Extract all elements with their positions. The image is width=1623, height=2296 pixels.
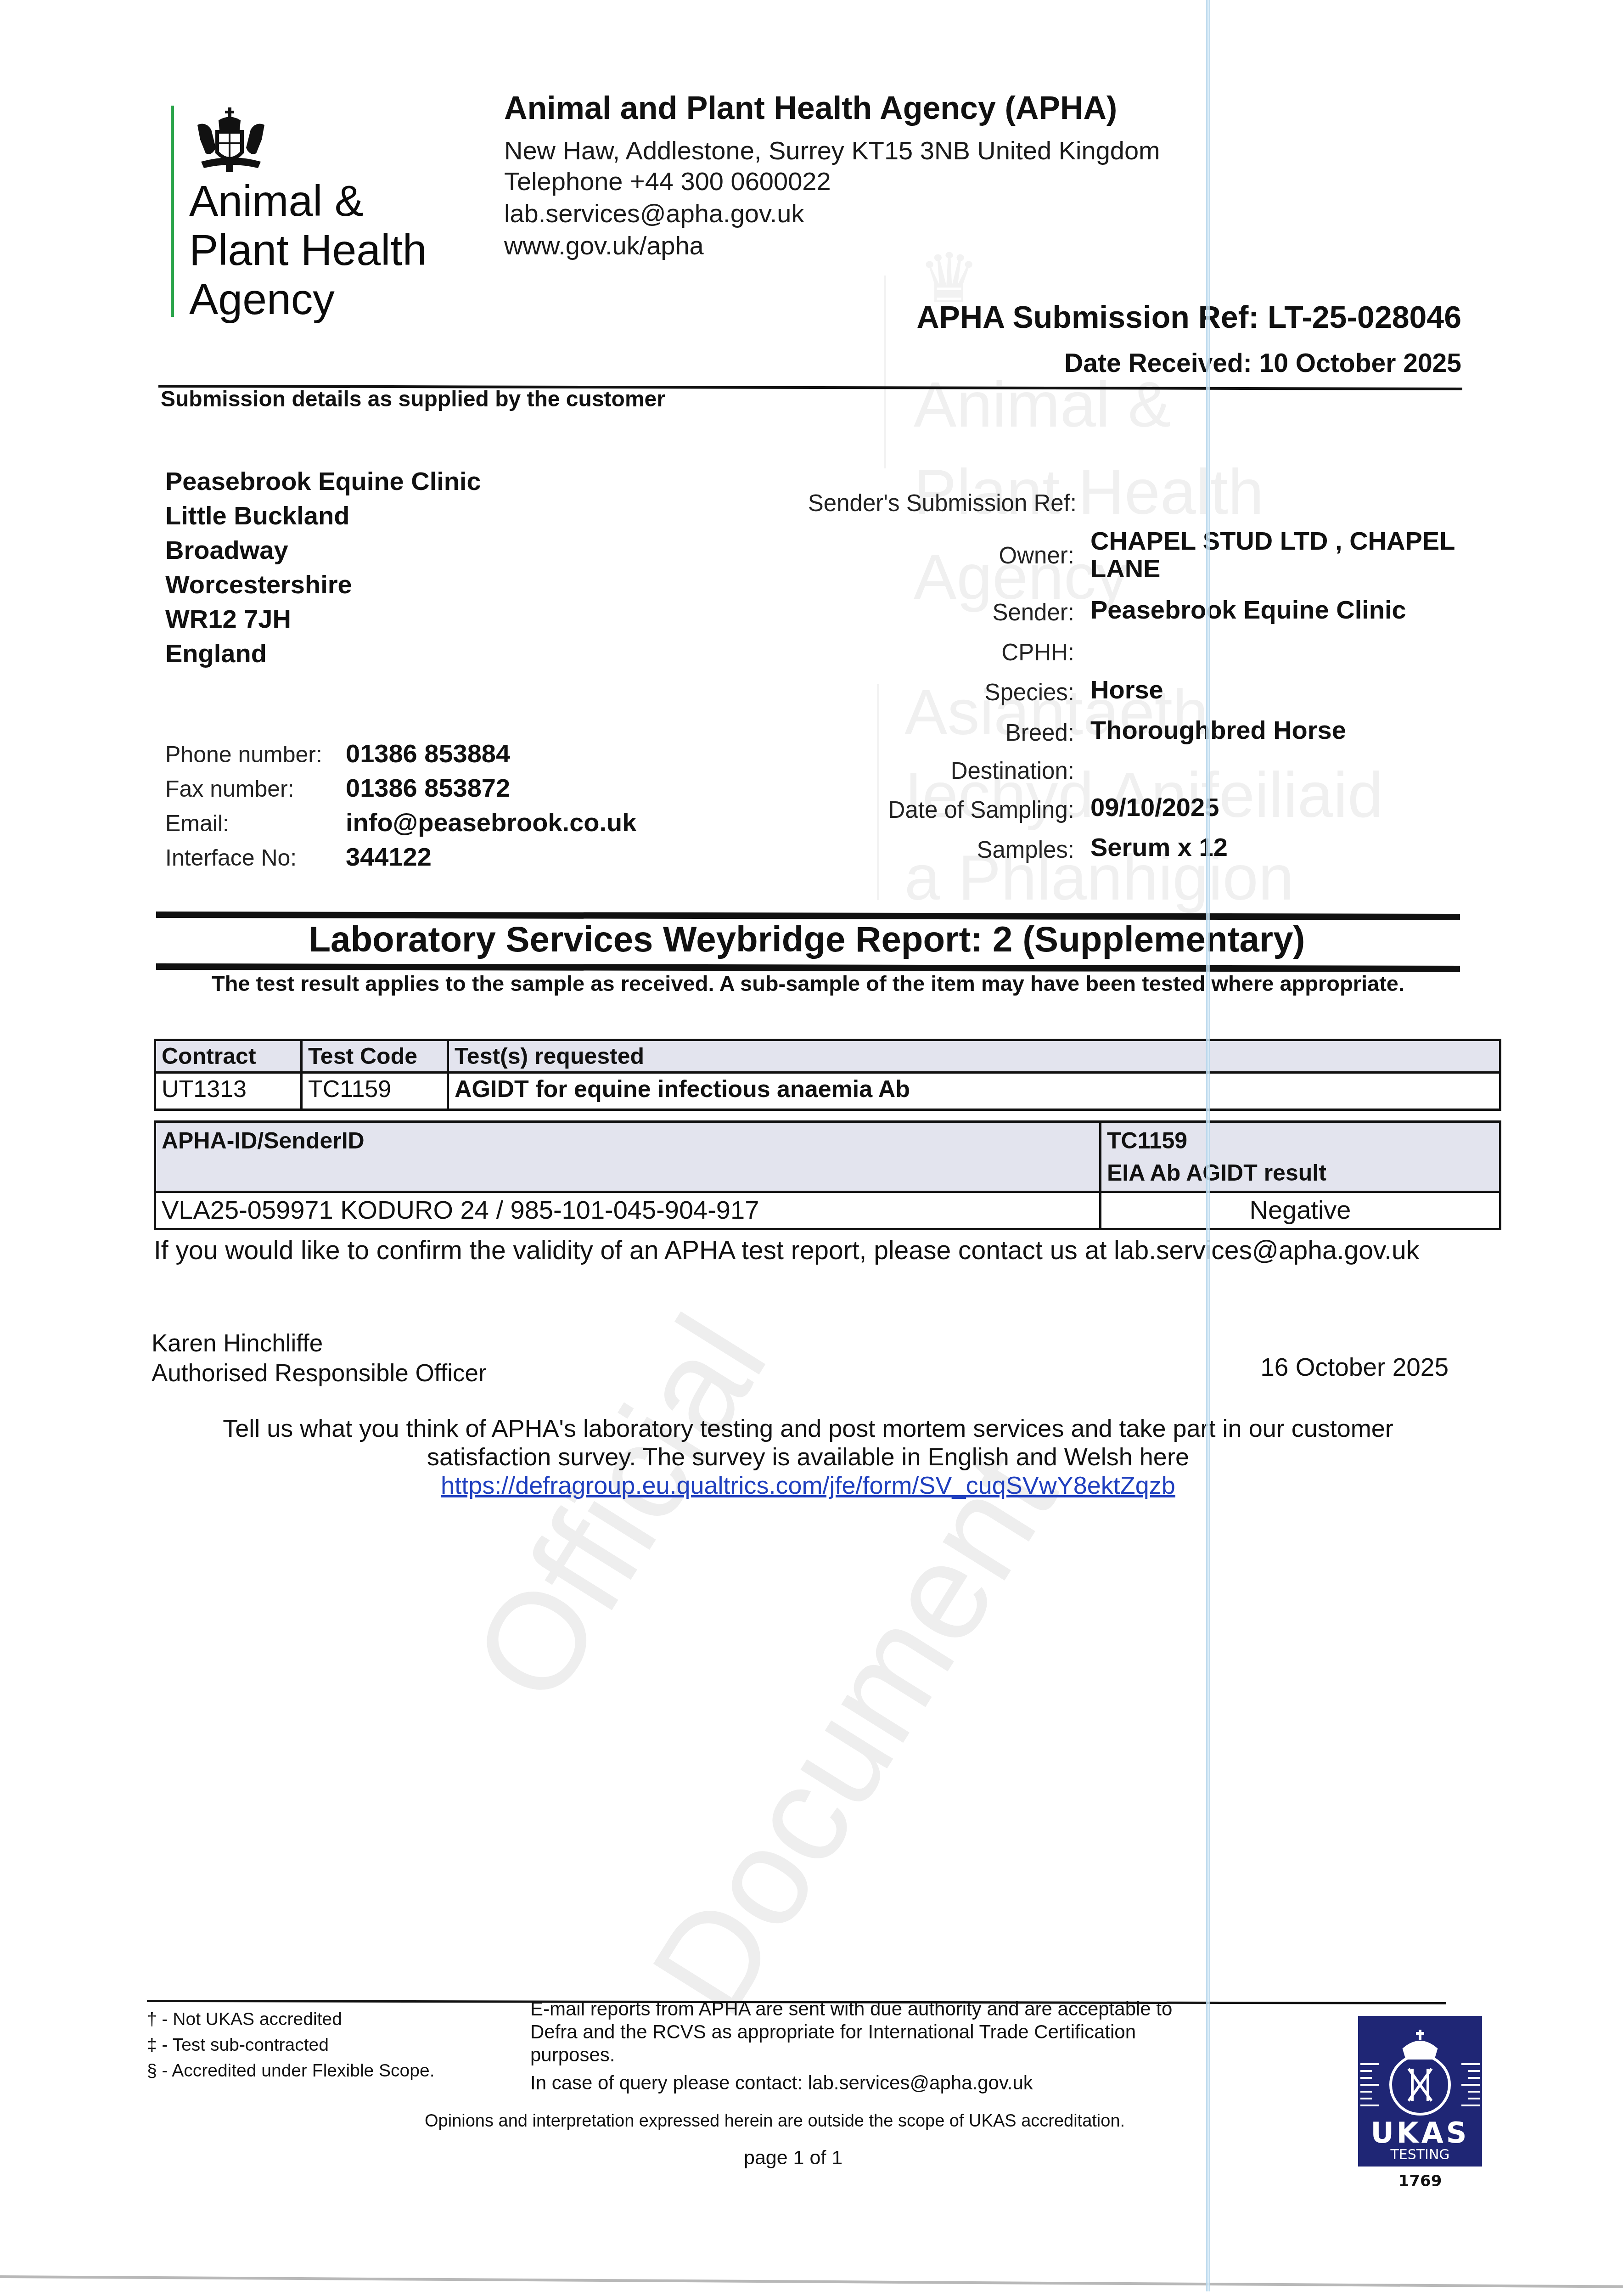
contact-label: Fax number: [165, 776, 340, 802]
address-line: Broadway [165, 533, 481, 567]
validity-note: If you would like to confirm the validit… [154, 1235, 1419, 1266]
logo-line: Animal & [189, 177, 427, 226]
detail-label: Sender: [992, 599, 1074, 626]
legend-not-accredited: † - Not UKAS accredited [147, 2007, 435, 2032]
detail-label: Species: [984, 679, 1074, 706]
survey-text: satisfaction survey. The survey is avail… [165, 1443, 1451, 1471]
logo-line: Plant Health [189, 226, 427, 275]
ukas-testing-logo: UKAS TESTING [1358, 2016, 1482, 2167]
contact-value: 344122 [346, 842, 432, 872]
org-telephone: Telephone +44 300 0600022 [504, 166, 831, 196]
signatory-name: Karen Hinchliffe [152, 1329, 323, 1357]
legend-flexible-scope: § - Accredited under Flexible Scope. [147, 2058, 435, 2084]
page-number: page 1 of 1 [744, 2147, 842, 2169]
address-line: Little Buckland [165, 498, 481, 533]
address-line: WR12 7JH [165, 602, 481, 636]
ukas-name: UKAS [1358, 2116, 1482, 2150]
customer-address: Peasebrook Equine Clinic Little Buckland… [165, 464, 481, 670]
column-header: APHA-ID/SenderID [155, 1122, 1101, 1192]
org-name: Animal and Plant Health Agency (APHA) [504, 90, 1117, 126]
column-header: Test Code [302, 1040, 448, 1073]
detail-label: Breed: [1005, 719, 1074, 746]
scan-artifact-line [1206, 0, 1210, 2291]
submission-ref: APHA Submission Ref: LT-25-028046 [916, 299, 1461, 335]
logo-accent-bar [171, 106, 174, 317]
address-line: England [165, 636, 481, 670]
result-cell: Negative [1101, 1192, 1500, 1229]
result-header: EIA Ab AGIDT result [1107, 1157, 1494, 1189]
sample-id-cell: VLA25-059971 KODURO 24 / 985-101-045-904… [155, 1192, 1101, 1229]
tests-requested-table: Contract Test Code Test(s) requested UT1… [154, 1039, 1501, 1111]
watermark-bar [884, 276, 886, 468]
table-row: VLA25-059971 KODURO 24 / 985-101-045-904… [155, 1192, 1500, 1229]
address-line: Worcestershire [165, 567, 481, 602]
submission-ref-value: LT-25-028046 [1268, 300, 1461, 335]
detail-label: Owner: [999, 542, 1074, 569]
results-table: APHA-ID/SenderID TC1159 EIA Ab AGIDT res… [154, 1120, 1501, 1230]
report-disclaimer: The test result applies to the sample as… [193, 970, 1423, 997]
column-header: TC1159 EIA Ab AGIDT result [1101, 1122, 1500, 1192]
contact-value: 01386 853872 [346, 773, 510, 803]
legend-sub-contracted: ‡ - Test sub-contracted [147, 2032, 435, 2058]
detail-label: CPHH: [1001, 639, 1074, 666]
survey-link[interactable]: https://defragroup.eu.qualtrics.com/jfe/… [441, 1472, 1175, 1499]
report-date: 16 October 2025 [1260, 1352, 1449, 1382]
contact-label: Email: [165, 810, 340, 837]
org-website[interactable]: www.gov.uk/apha [504, 231, 704, 260]
survey-block: Tell us what you think of APHA's laborat… [165, 1414, 1451, 1500]
detail-value: Horse [1090, 676, 1485, 703]
contract-cell: UT1313 [155, 1073, 302, 1110]
test-requested-cell: AGIDT for equine infectious anaemia Ab [448, 1073, 1500, 1110]
page-edge [0, 2275, 1623, 2288]
detail-value: CHAPEL STUD LTD , CHAPEL LANE [1090, 527, 1476, 582]
column-header: Contract [155, 1040, 302, 1073]
detail-label: Date of Sampling: [888, 796, 1074, 823]
footer-legend: † - Not UKAS accredited ‡ - Test sub-con… [147, 2007, 435, 2084]
ukas-accreditation-number: 1769 [1358, 2172, 1482, 2190]
org-address: New Haw, Addlestone, Surrey KT15 3NB Uni… [504, 135, 1160, 165]
contact-value[interactable]: info@peasebrook.co.uk [346, 807, 636, 837]
test-code-header: TC1159 [1107, 1125, 1494, 1157]
watermark-official: Official [441, 1289, 797, 1728]
detail-label: Sender's Submission Ref: [808, 490, 1077, 517]
contact-value: 01386 853884 [346, 738, 510, 768]
table-header-row: Contract Test Code Test(s) requested [155, 1040, 1500, 1073]
detail-value: 09/10/2025 [1090, 793, 1485, 821]
report-title: Laboratory Services Weybridge Report: 2 … [156, 918, 1458, 960]
royal-coat-of-arms-icon [192, 107, 270, 175]
contact-label: Phone number: [165, 741, 340, 768]
footer-email-note: E-mail reports from APHA are sent with d… [530, 1998, 1219, 2066]
detail-value: Serum x 12 [1090, 833, 1485, 861]
contact-label: Interface No: [165, 844, 340, 871]
watermark-bar [877, 684, 879, 900]
org-email[interactable]: lab.services@apha.gov.uk [504, 198, 804, 228]
address-line: Peasebrook Equine Clinic [165, 464, 481, 498]
table-row: UT1313 TC1159 AGIDT for equine infectiou… [155, 1073, 1500, 1110]
ukas-type: TESTING [1358, 2147, 1482, 2163]
footer-opinion: Opinions and interpretation expressed he… [425, 2111, 1125, 2131]
date-received-value: 10 October 2025 [1259, 349, 1461, 378]
detail-label: Destination: [951, 757, 1074, 784]
detail-label: Samples: [977, 836, 1074, 863]
date-received: Date Received: 10 October 2025 [1064, 348, 1461, 378]
watermark-text: Animal & [914, 367, 1171, 442]
table-header-row: APHA-ID/SenderID TC1159 EIA Ab AGIDT res… [155, 1122, 1500, 1192]
apha-id-header: APHA-ID/SenderID [162, 1128, 365, 1154]
detail-value: Thoroughbred Horse [1090, 716, 1485, 744]
section-caption: Submission details as supplied by the cu… [161, 387, 665, 412]
test-code-cell: TC1159 [302, 1073, 448, 1110]
column-header: Test(s) requested [448, 1040, 1500, 1073]
logo-line: Agency [189, 275, 427, 324]
survey-text: Tell us what you think of APHA's laborat… [165, 1414, 1451, 1443]
detail-value: Peasebrook Equine Clinic [1090, 596, 1485, 624]
logo-wordmark: Animal & Plant Health Agency [189, 177, 427, 324]
footer-query: In case of query please contact: lab.ser… [530, 2072, 1033, 2094]
signatory-role: Authorised Responsible Officer [152, 1359, 487, 1387]
date-received-label: Date Received: [1064, 349, 1252, 378]
